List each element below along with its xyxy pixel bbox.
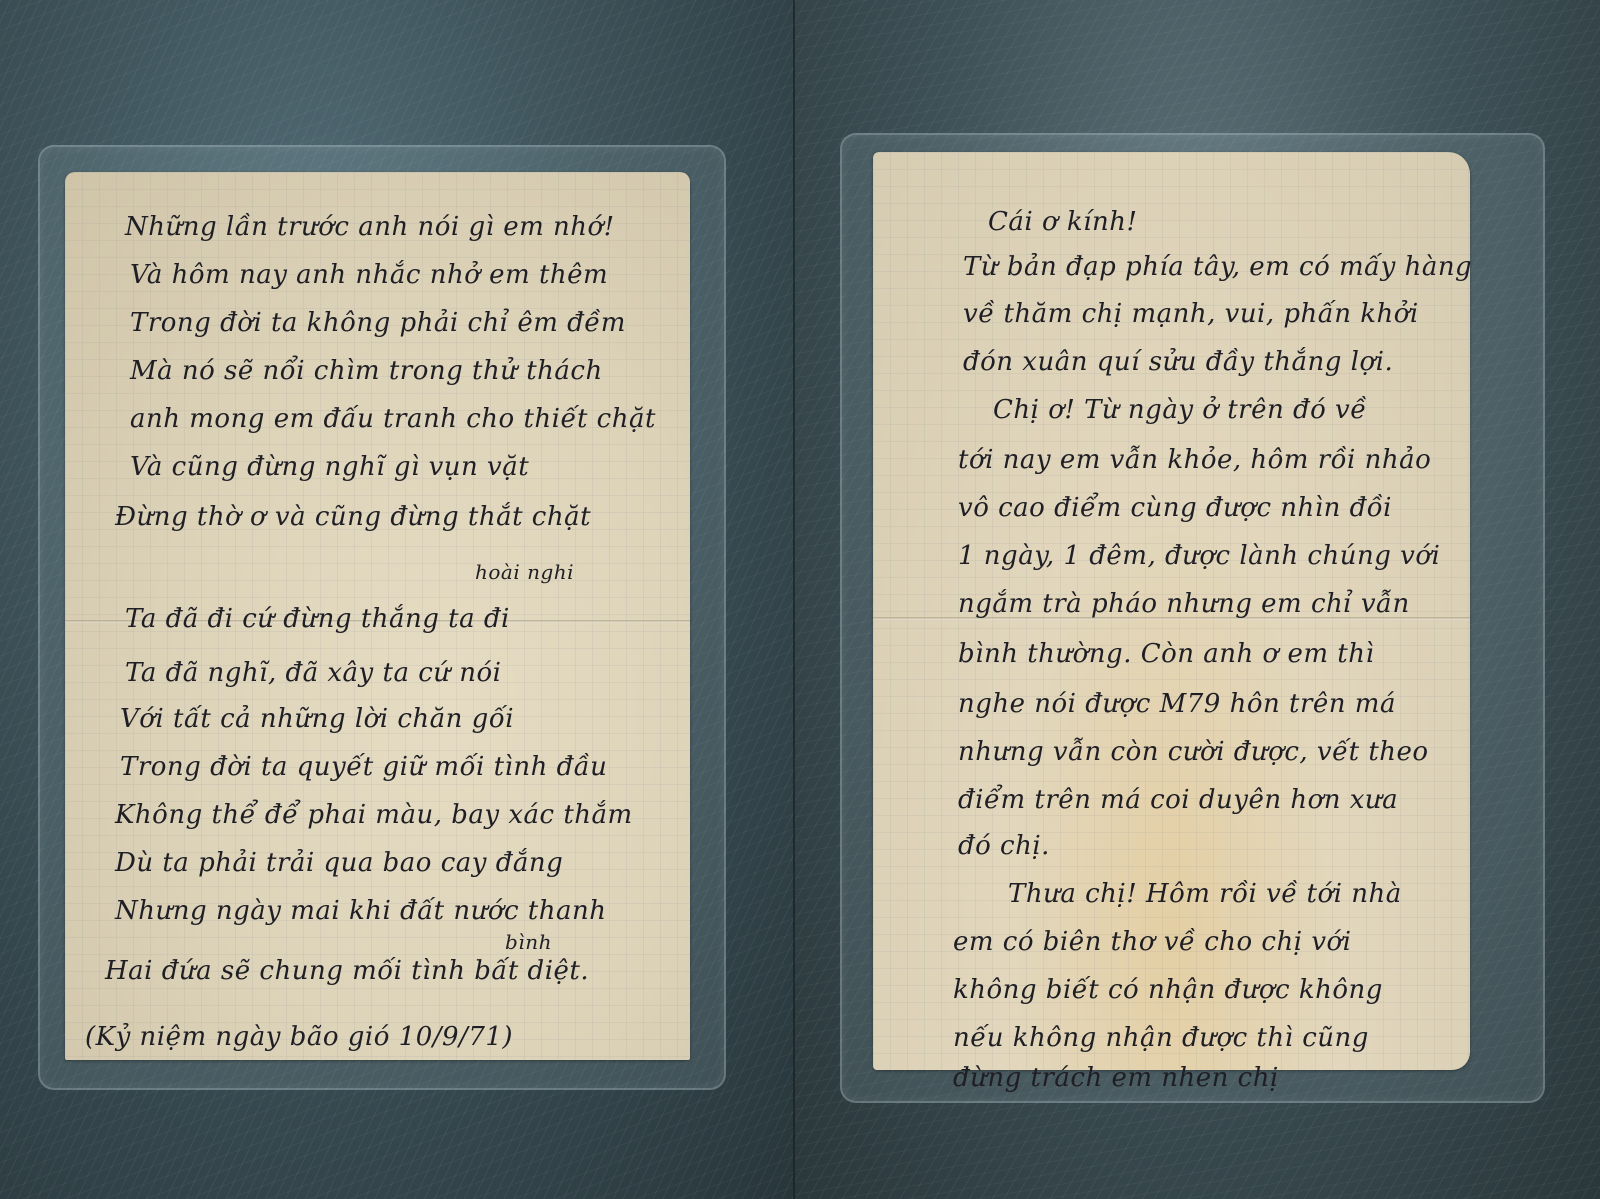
- text-line: Dù ta phải trải qua bao cay đắng: [115, 848, 563, 878]
- text-line: Đừng thờ ơ và cũng đừng thắt chặt: [115, 502, 591, 532]
- text-line: Những lần trước anh nói gì em nhớ!: [125, 212, 615, 242]
- poem-paper: Những lần trước anh nói gì em nhớ! Và hô…: [65, 172, 690, 1060]
- text-line-annotation: bình: [505, 930, 552, 954]
- text-line-annotation: hoài nghi: [475, 560, 574, 584]
- text-line: 1 ngày, 1 đêm, được lành chúng với: [958, 541, 1440, 571]
- text-line: Nhưng ngày mai khi đất nước thanh: [115, 896, 607, 926]
- text-line: Không thể để phai màu, bay xác thắm: [115, 800, 633, 830]
- date-signature: (Kỷ niệm ngày bão gió 10/9/71): [85, 1022, 513, 1052]
- text-line: đó chị.: [958, 831, 1050, 861]
- text-line: Với tất cả những lời chăn gối: [120, 704, 514, 734]
- letter-paper: Cái ơ kính! Từ bản đạp phía tây, em có m…: [873, 152, 1470, 1070]
- text-line: Chị ơ! Từ ngày ở trên đó về: [993, 395, 1367, 425]
- text-line: Trong đời ta quyết giữ mối tình đầu: [120, 752, 607, 782]
- photo-composite: Những lần trước anh nói gì em nhớ! Và hô…: [0, 0, 1600, 1199]
- text-line: Và hôm nay anh nhắc nhở em thêm: [130, 260, 608, 290]
- text-line: điểm trên má coi duyên hơn xưa: [958, 785, 1398, 815]
- text-line: không biết có nhận được không: [953, 975, 1383, 1005]
- text-line: vô cao điểm cùng được nhìn đồi: [958, 493, 1392, 523]
- text-line: Ta đã nghĩ, đã xây ta cứ nói: [125, 658, 502, 688]
- text-line: Thưa chị! Hôm rồi về tới nhà: [1008, 879, 1402, 909]
- text-line: bình thường. Còn anh ơ em thì: [958, 639, 1374, 669]
- text-line: nhưng vẫn còn cười được, vết theo: [958, 737, 1429, 767]
- text-line: nghe nói được M79 hôn trên má: [958, 689, 1396, 719]
- text-line: Trong đời ta không phải chỉ êm đềm: [130, 308, 626, 338]
- text-line: Mà nó sẽ nổi chìm trong thử thách: [130, 356, 603, 386]
- left-letter-photo: Những lần trước anh nói gì em nhớ! Và hô…: [0, 0, 795, 1199]
- text-line: đón xuân quí sửu đầy thắng lợi.: [963, 347, 1393, 377]
- text-line: em có biên thơ về cho chị với: [953, 927, 1351, 957]
- text-line: ngắm trà pháo nhưng em chỉ vẫn: [958, 589, 1410, 619]
- right-letter-photo: Cái ơ kính! Từ bản đạp phía tây, em có m…: [795, 0, 1600, 1199]
- text-line: tới nay em vẫn khỏe, hôm rồi nhảo: [958, 445, 1431, 475]
- salutation: Cái ơ kính!: [988, 207, 1137, 237]
- text-line: Từ bản đạp phía tây, em có mấy hàng: [963, 252, 1472, 282]
- text-line: anh mong em đấu tranh cho thiết chặt: [130, 404, 656, 434]
- text-line: nếu không nhận được thì cũng: [953, 1023, 1369, 1053]
- text-line: Ta đã đi cứ đừng thắng ta đi: [125, 604, 510, 634]
- text-line: Và cũng đừng nghĩ gì vụn vặt: [130, 452, 529, 482]
- text-line: về thăm chị mạnh, vui, phấn khởi: [963, 299, 1419, 329]
- text-line: đừng trách em nhen chị: [953, 1063, 1279, 1093]
- text-line: Hai đứa sẽ chung mối tình bất diệt.: [105, 956, 589, 986]
